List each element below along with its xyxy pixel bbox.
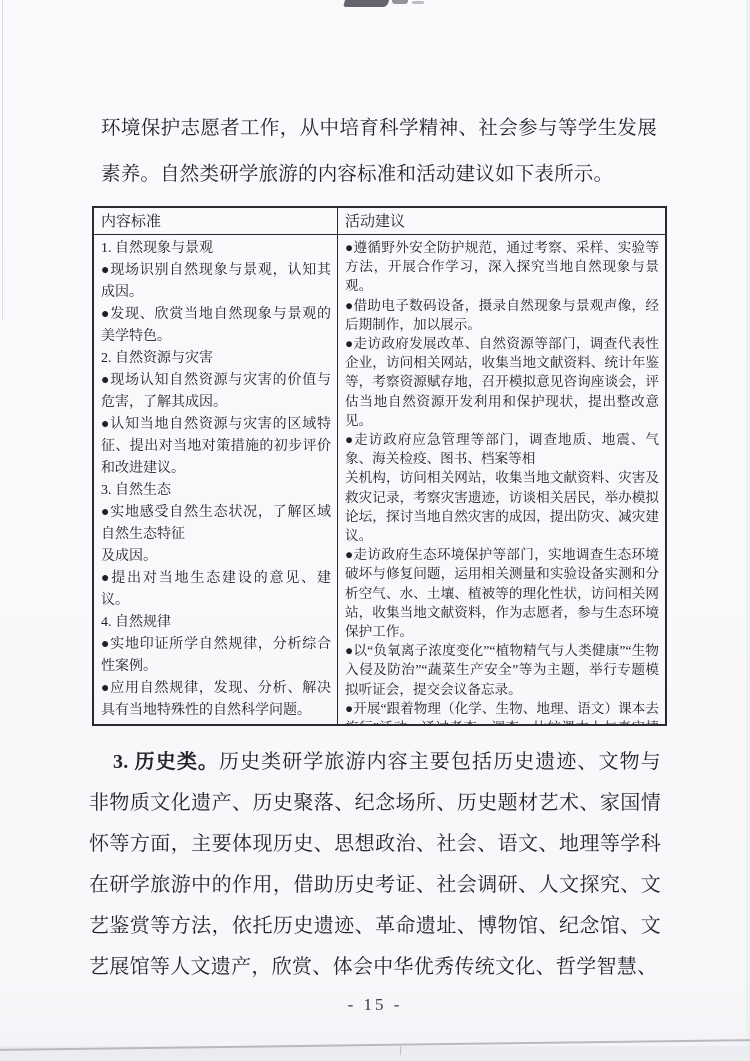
table-cell-line: ●借助电子数码设备，摄录自然现象与景观声像，经后期制作，加以展示。: [345, 296, 659, 334]
table-cell-content-standard: 1. 自然现象与景观 ●现场识别自然现象与景观，认知其成因。 ●发现、欣赏当地自…: [94, 235, 338, 724]
table-cell-line: 2. 自然资源与灾害: [101, 348, 331, 370]
history-category-text: 历史类研学旅游内容主要包括历史遗迹、文物与非物质文化遗产、历史聚落、纪念场所、历…: [89, 751, 661, 978]
table-header-row: 内容标准 活动建议: [94, 208, 665, 235]
page-number: - 15 -: [0, 995, 750, 1015]
table-cell-activity-suggestion: ●遵循野外安全防护规范，通过考察、采样、实验等方法，开展合作学习，深入探究当地自…: [338, 235, 665, 724]
table-cell-line: ●现场认知自然资源与灾害的价值与危害，了解其成因。: [101, 370, 331, 414]
table-cell-line: 关机构，访问相关网站，收集当地文献资料、灾害及救灾记录，考察灾害遗迹，访谈相关居…: [345, 468, 659, 545]
history-category-lead: 3. 历史类。: [113, 751, 219, 773]
table-cell-line: ●应用自然规律，发现、分析、解决具有当地特殊性的自然科学问题。: [101, 678, 331, 722]
table-cell-line: 1. 自然现象与景观: [101, 238, 331, 260]
table-cell-line: ●提出对当地生态建设的意见、建议。: [101, 568, 331, 612]
table-cell-line: ●现场识别自然现象与景观，认知其成因。: [101, 260, 331, 304]
table-cell-line: ●实地感受自然生态状况，了解区域自然生态特征: [101, 502, 331, 546]
table-cell-line: ●以“负氧离子浓度变化”“植物精气与人类健康”“生物入侵及防治”“蔬菜生产安全”…: [345, 641, 659, 699]
document-page: 环境保护志愿者工作，从中培育科学精神、社会参与等学生发展素养。自然类研学旅游的内…: [0, 0, 750, 1061]
table-header-content-standard: 内容标准: [94, 208, 338, 234]
table-cell-line: ●发现、欣赏当地自然现象与景观的美学特色。: [101, 304, 331, 348]
content-standards-table: 内容标准 活动建议 1. 自然现象与景观 ●现场识别自然现象与景观，认知其成因。…: [92, 206, 667, 726]
scan-smudge-artifact: [412, 1, 424, 4]
history-category-paragraph: 3. 历史类。历史类研学旅游内容主要包括历史遗迹、文物与非物质文化遗产、历史聚落…: [89, 742, 661, 988]
table-cell-line: ●走访政府发展改革、自然资源等部门，调查代表性企业，访问相关网站，收集当地文献资…: [345, 334, 659, 430]
scan-edge-artifact: [400, 1046, 401, 1055]
table-cell-line: 4. 自然规律: [101, 612, 331, 634]
table-header-activity-suggestion: 活动建议: [338, 208, 665, 234]
table-cell-line: ●实地印证所学自然规律，分析综合性案例。: [101, 634, 331, 678]
table-body-row: 1. 自然现象与景观 ●现场识别自然现象与景观，认知其成因。 ●发现、欣赏当地自…: [94, 235, 665, 724]
table-cell-line: ●开展“跟着物理（化学、生物、地理、语文）课本去旅行”活动，通过考查、调查，比较…: [345, 699, 659, 724]
table-cell-line: ●认知当地自然资源与灾害的区域特征、提出对当地对策措施的初步评价和改进建议。: [101, 414, 331, 480]
table-cell-line: ●走访政府应急管理等部门，调查地质、地震、气象、海关检疫、图书、档案等相: [345, 430, 659, 468]
scan-edge-artifact: [2, 0, 3, 320]
scan-smudge-artifact: [343, 0, 389, 7]
table-cell-line: ●遵循野外安全防护规范，通过考察、采样、实验等方法，开展合作学习，深入探究当地自…: [345, 238, 659, 296]
scan-smudge-artifact: [392, 0, 408, 4]
table-cell-line: 及成因。: [101, 546, 331, 568]
scan-edge-artifact: [746, 0, 750, 1061]
table-cell-line: 3. 自然生态: [101, 480, 331, 502]
table-cell-line: ●走访政府生态环境保护等部门，实地调查生态环境破坏与修复问题，运用相关测量和实验…: [345, 545, 659, 641]
intro-paragraph: 环境保护志愿者工作，从中培育科学精神、社会参与等学生发展素养。自然类研学旅游的内…: [101, 106, 657, 198]
